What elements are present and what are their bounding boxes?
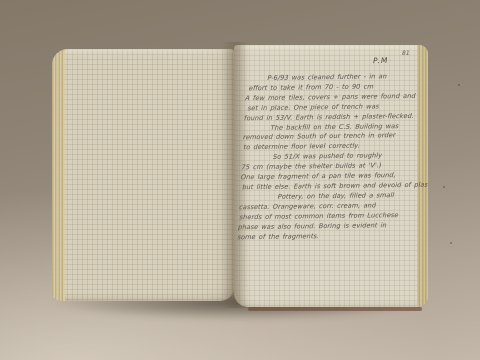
open-notebook: 81 P.M P-6/93 was cleaned further - in a… [52, 42, 428, 308]
page-stack-edge-left [52, 49, 65, 301]
background-speck [443, 186, 445, 188]
handwriting-line: some of the fragments. [236, 230, 419, 242]
left-page-blank-grid [52, 49, 234, 301]
handwriting-block: P-6/93 was cleaned further - in aneffort… [236, 72, 428, 243]
cover-edge [248, 307, 422, 311]
right-page-handwritten: 81 P.M P-6/93 was cleaned further - in a… [234, 45, 428, 307]
gutter-shadow [222, 42, 248, 308]
page-number: 81 [402, 50, 410, 57]
background-speck [450, 242, 452, 244]
background-speck [458, 84, 460, 86]
pm-heading: P.M [373, 57, 389, 66]
photo-background: 81 P.M P-6/93 was cleaned further - in a… [0, 0, 480, 360]
